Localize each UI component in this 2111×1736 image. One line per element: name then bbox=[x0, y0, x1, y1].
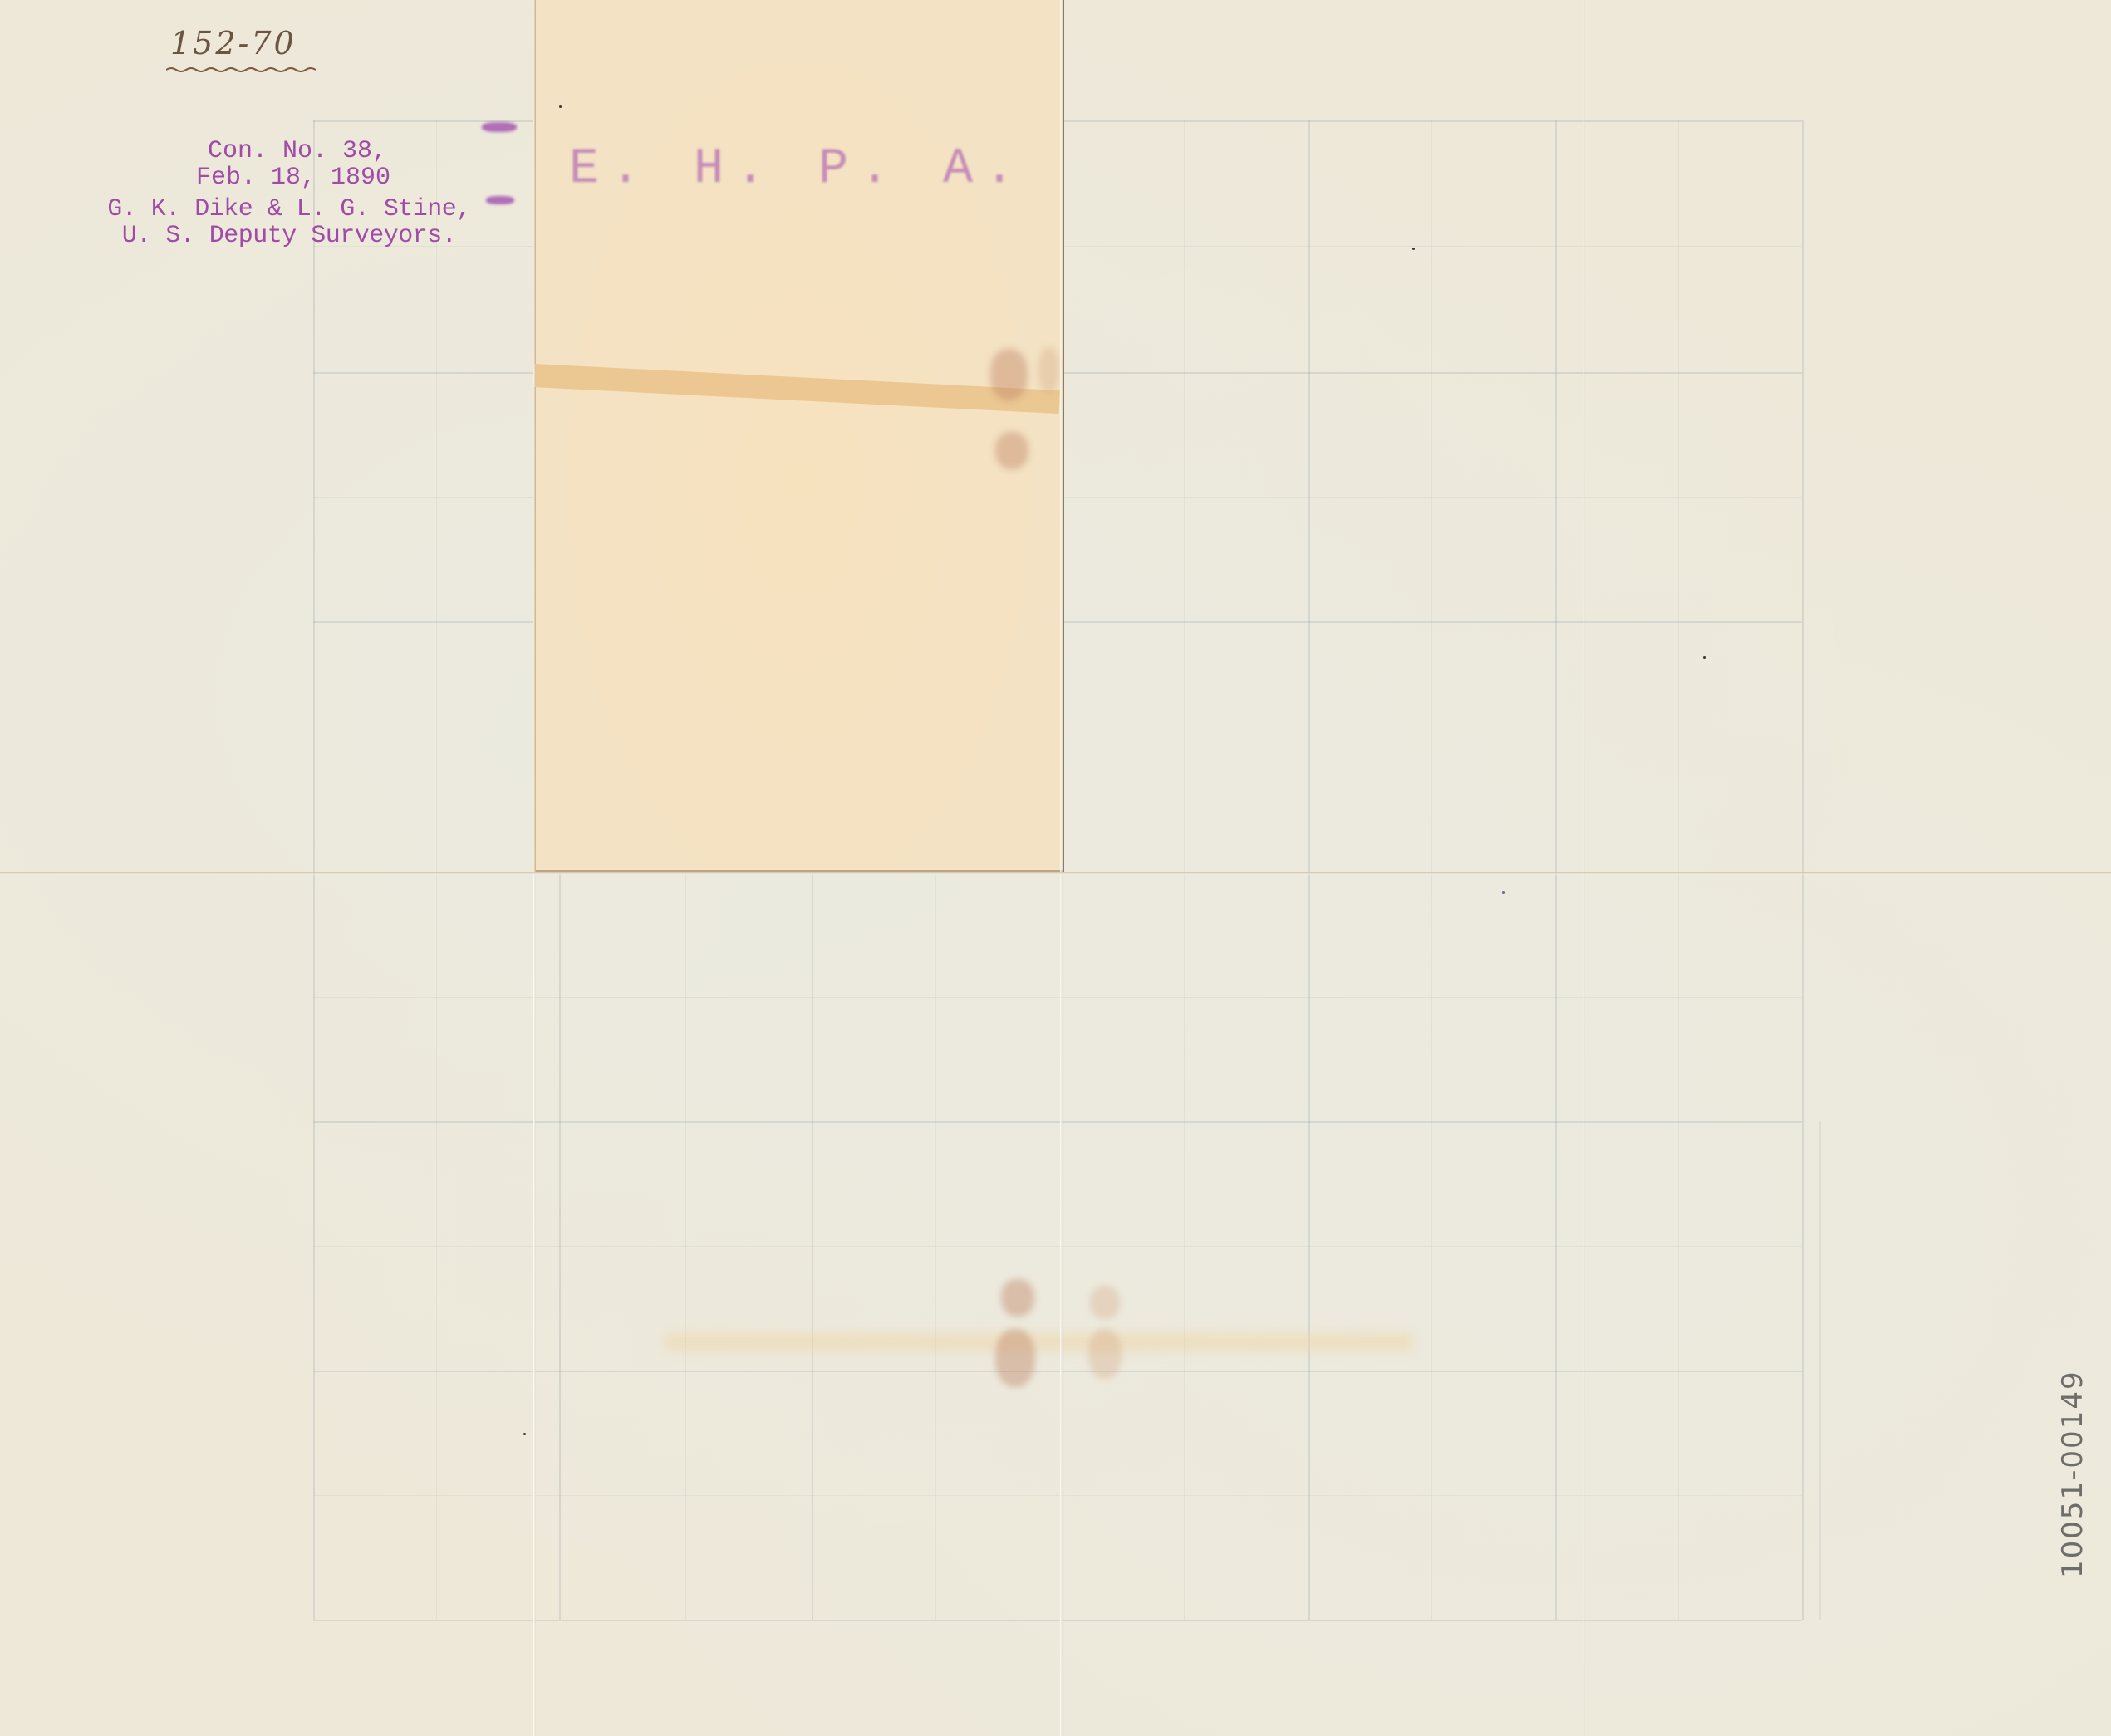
stain bbox=[1090, 1286, 1120, 1319]
stain bbox=[1038, 347, 1059, 393]
file-number: 152-70 bbox=[170, 25, 297, 61]
speck bbox=[1703, 656, 1706, 659]
grid-minor-line bbox=[313, 1495, 1802, 1496]
grid-minor-line bbox=[313, 1246, 1802, 1247]
speck bbox=[1502, 891, 1505, 894]
grid-line bbox=[1802, 120, 1804, 1620]
stain bbox=[1001, 1279, 1034, 1317]
grid-line bbox=[1308, 120, 1310, 1620]
fold-line bbox=[1583, 0, 1585, 1736]
grid-minor-line bbox=[313, 997, 1802, 998]
surveyor-stamp: Con. No. 38, Feb. 18, 1890 G. K. Dike & … bbox=[73, 138, 505, 249]
stamp-surveyor-title: U. S. Deputy Surveyors. bbox=[73, 223, 505, 249]
stain bbox=[990, 349, 1028, 400]
stamp-contract-number: Con. No. 38, bbox=[73, 138, 505, 164]
stamp-date: Feb. 18, 1890 bbox=[73, 164, 505, 191]
stamp-surveyor-names: G. K. Dike & L. G. Stine, bbox=[73, 196, 505, 223]
document-sheet: E. H. P. A. 152-70 Con. No. 38, Feb. 18,… bbox=[0, 0, 2111, 1736]
fold-line bbox=[0, 872, 2111, 875]
grid-minor-line bbox=[1184, 120, 1185, 1620]
speck bbox=[1412, 248, 1415, 250]
grid-minor-line bbox=[436, 120, 437, 1620]
stain-band bbox=[665, 1333, 1412, 1351]
grid-minor-line bbox=[1678, 120, 1679, 1620]
folded-flap: E. H. P. A. bbox=[533, 0, 1064, 872]
fold-line bbox=[533, 0, 536, 1736]
fold-line bbox=[1060, 0, 1063, 1736]
grid-line bbox=[313, 1620, 1802, 1621]
stain bbox=[1088, 1329, 1122, 1379]
ink-blot bbox=[482, 122, 517, 132]
catalog-number: 10051-00149 bbox=[2056, 1370, 2089, 1578]
speck bbox=[559, 105, 562, 108]
grid-minor-line bbox=[1431, 120, 1432, 1620]
wavy-underline bbox=[166, 66, 316, 73]
faint-stamp-text: E. H. P. A. bbox=[569, 141, 1026, 198]
grid-line bbox=[313, 1371, 1802, 1372]
stain bbox=[995, 432, 1028, 469]
stain bbox=[995, 1329, 1035, 1387]
grid-line bbox=[313, 1121, 1802, 1123]
grid-line bbox=[313, 120, 315, 1620]
speck bbox=[523, 1433, 526, 1435]
grid-line bbox=[1555, 120, 1557, 1620]
border-line bbox=[1819, 1121, 1821, 1620]
